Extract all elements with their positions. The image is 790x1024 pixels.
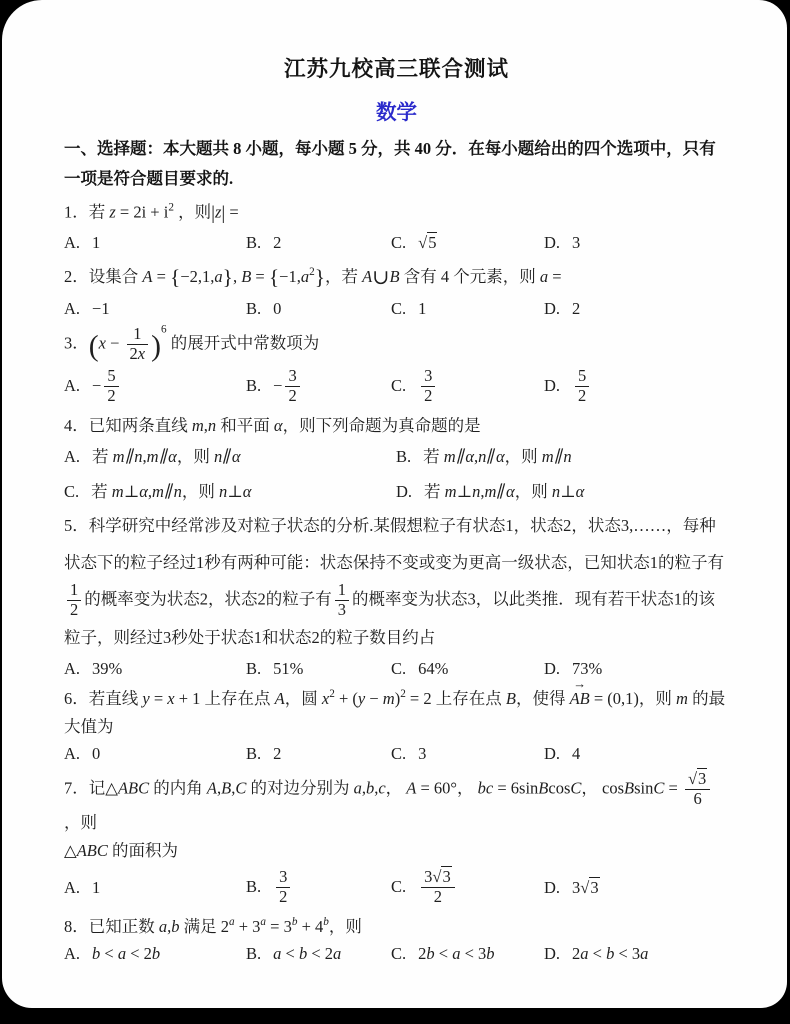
question-7: 7．记△ABC 的内角 A,B,C 的对边分别为 a,b,c， A = 60°，…: [64, 770, 729, 907]
question-6-options: A.0 B.2 C.3 D.4: [64, 744, 729, 764]
question-5-option-c: C.64%: [391, 659, 544, 679]
question-2-option-d: D.2: [544, 299, 729, 319]
question-6-option-d: D.4: [544, 744, 729, 764]
question-6: 6．若直线 y = x + 1 上存在点 A，圆 x2 + (y − m)2 =…: [64, 685, 729, 764]
question-5-option-a: A.39%: [64, 659, 246, 679]
question-1-option-a: A.1: [64, 233, 246, 253]
question-4-option-a: A.若 m∥n,m∥α，则 n∥α: [64, 443, 396, 467]
question-2-option-a: A.−1: [64, 299, 246, 319]
question-7-text: 7．记△ABC 的内角 A,B,C 的对边分别为 a,b,c， A = 60°，…: [64, 770, 729, 865]
question-3-text: 3．(x − 12x)6 的展开式中常数项为: [64, 325, 729, 364]
question-1-text: 1．若 z = 2i + i2 ，则|z| =: [64, 197, 729, 230]
question-8-option-d: D.2a < b < 3a: [544, 944, 729, 964]
question-4-text: 4．已知两条直线 m,n 和平面 α，则下列命题为真命题的是: [64, 412, 729, 440]
question-8-option-c: C.2b < a < 3b: [391, 944, 544, 964]
question-1-option-c: C.√5: [391, 233, 544, 253]
question-3-options: A.−52 B.−32 C.32 D.52: [64, 367, 729, 406]
question-3-option-a: A.−52: [64, 367, 246, 406]
exam-content: 江苏九校高三联合测试 数学 一、选择题：本大题共 8 小题，每小题 5 分，共 …: [2, 0, 787, 964]
question-5-option-b: B.51%: [246, 659, 391, 679]
question-3-option-b: B.−32: [246, 367, 391, 406]
question-7-option-b: B.32: [246, 868, 391, 907]
subject-title: 数学: [64, 95, 729, 125]
question-7-option-a: A.1: [64, 878, 246, 898]
question-1-option-b: B.2: [246, 233, 391, 253]
question-6-option-c: C.3: [391, 744, 544, 764]
question-5-option-d: D.73%: [544, 659, 729, 679]
question-4-option-d: D.若 m⊥n,m∥α，则 n⊥α: [396, 478, 729, 502]
question-3-option-c: C.32: [391, 367, 544, 406]
question-6-option-a: A.0: [64, 744, 246, 764]
exam-title: 江苏九校高三联合测试: [64, 52, 729, 83]
question-6-option-b: B.2: [246, 744, 391, 764]
question-2-text: 2．设集合 A = {−2,1,a}, B = {−1,a2}，若 A∪B 含有…: [64, 259, 729, 296]
question-3: 3．(x − 12x)6 的展开式中常数项为 A.−52 B.−32 C.32 …: [64, 325, 729, 406]
section-instructions: 一、选择题：本大题共 8 小题，每小题 5 分，共 40 分．在每小题给出的四个…: [64, 134, 729, 193]
question-5-options: A.39% B.51% C.64% D.73%: [64, 659, 729, 679]
question-2: 2．设集合 A = {−2,1,a}, B = {−1,a2}，若 A∪B 含有…: [64, 259, 729, 319]
question-3-option-d: D.52: [544, 367, 729, 406]
question-4-option-c: C.若 m⊥α,m∥n，则 n⊥α: [64, 478, 396, 502]
question-1-options: A.1 B.2 C.√5 D.3: [64, 233, 729, 253]
question-8-option-a: A.b < a < 2b: [64, 944, 246, 964]
exam-paper-page: 江苏九校高三联合测试 数学 一、选择题：本大题共 8 小题，每小题 5 分，共 …: [2, 0, 787, 1008]
question-8-text: 8．已知正数 a,b 满足 2a + 3a = 3b + 4b，则: [64, 913, 729, 941]
question-6-text: 6．若直线 y = x + 1 上存在点 A，圆 x2 + (y − m)2 =…: [64, 685, 729, 741]
question-2-options: A.−1 B.0 C.1 D.2: [64, 299, 729, 319]
question-4-options: A.若 m∥n,m∥α，则 n∥α B.若 m∥α,n∥α，则 m∥n C.若 …: [64, 443, 729, 502]
question-1-option-d: D.3: [544, 233, 729, 253]
question-7-option-c: C.3√32: [391, 868, 544, 907]
question-1: 1．若 z = 2i + i2 ，则|z| = A.1 B.2 C.√5 D.3: [64, 197, 729, 253]
question-2-option-c: C.1: [391, 299, 544, 319]
question-8-options: A.b < a < 2b B.a < b < 2a C.2b < a < 3b …: [64, 944, 729, 964]
question-2-option-b: B.0: [246, 299, 391, 319]
question-5: 5．科学研究中经常涉及对粒子状态的分析.某假想粒子有状态1，状态2，状态3,………: [64, 508, 729, 679]
question-7-option-d: D.3√3: [544, 878, 729, 898]
question-8-option-b: B.a < b < 2a: [246, 944, 391, 964]
question-4-option-b: B.若 m∥α,n∥α，则 m∥n: [396, 443, 729, 467]
question-4: 4．已知两条直线 m,n 和平面 α，则下列命题为真命题的是 A.若 m∥n,m…: [64, 412, 729, 502]
question-8: 8．已知正数 a,b 满足 2a + 3a = 3b + 4b，则 A.b < …: [64, 913, 729, 964]
question-5-text: 5．科学研究中经常涉及对粒子状态的分析.某假想粒子有状态1，状态2，状态3,………: [64, 508, 729, 656]
question-7-options: A.1 B.32 C.3√32 D.3√3: [64, 868, 729, 907]
